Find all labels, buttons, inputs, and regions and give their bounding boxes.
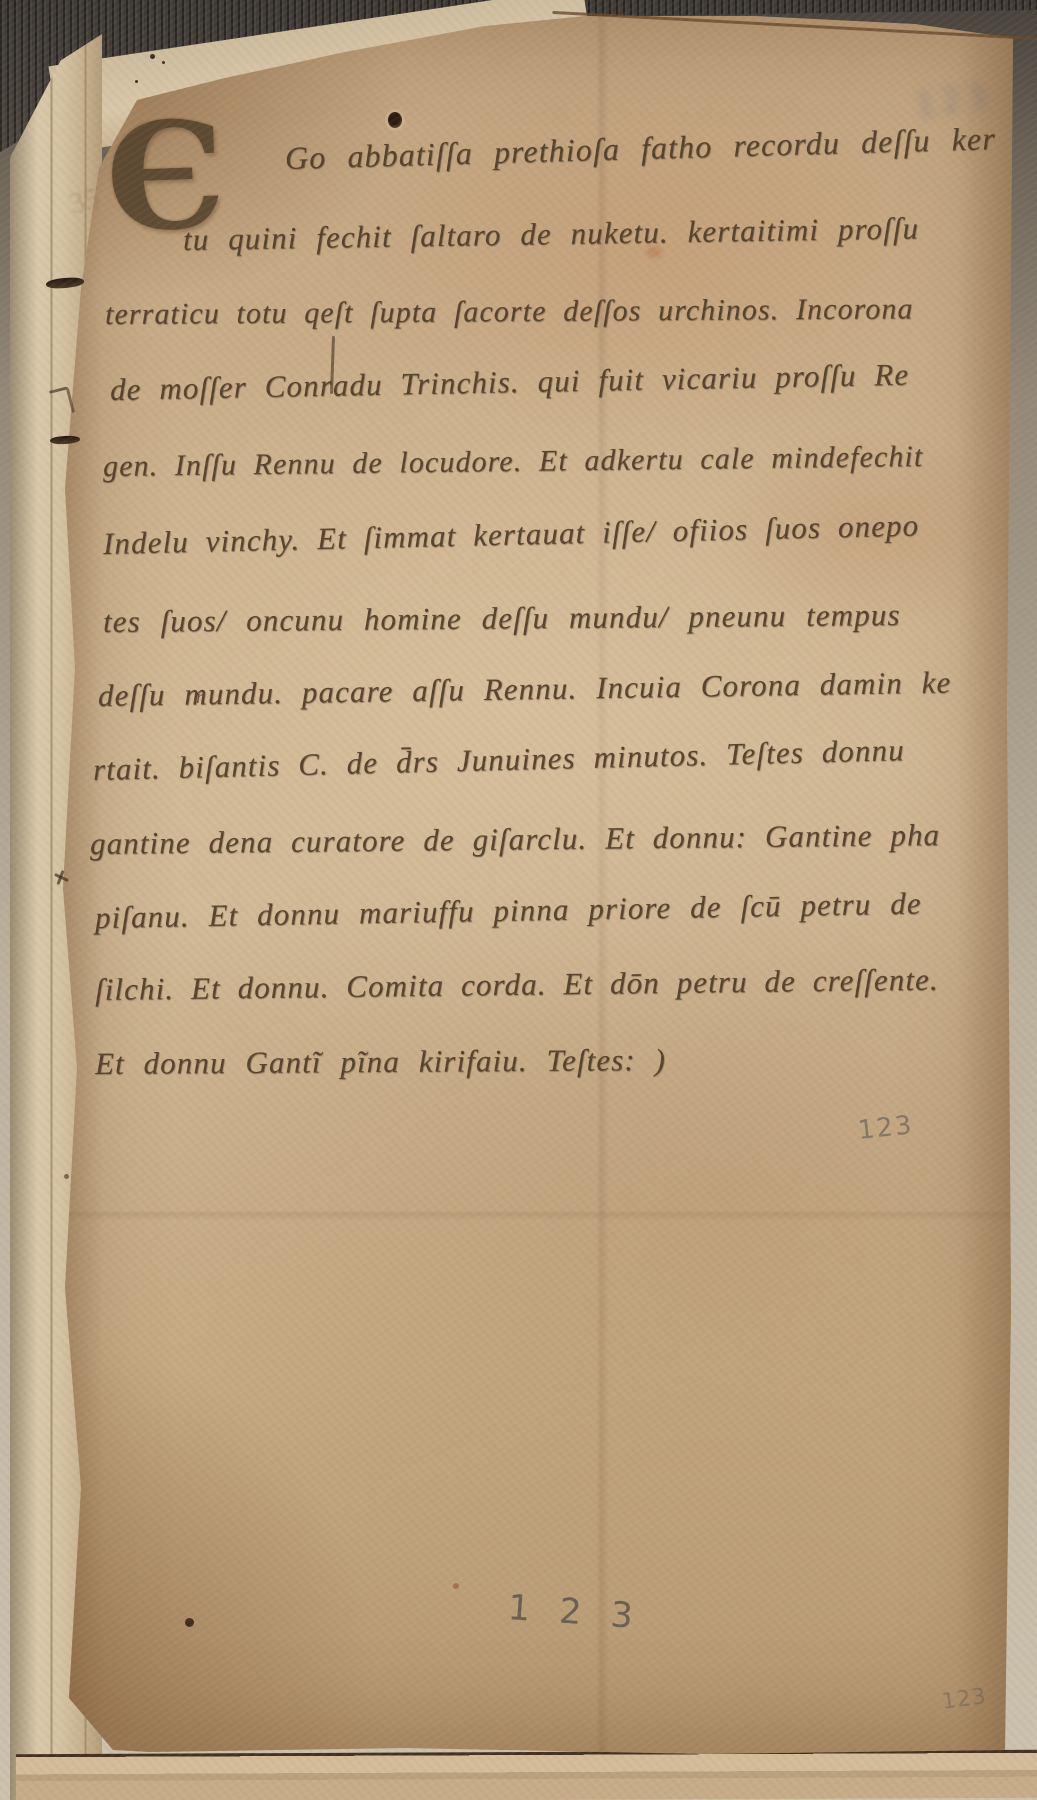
rust-speck (453, 1583, 459, 1589)
manuscript-line: Et donnu Gantĩ pĩna kirifaiu. Teſtes: ) (95, 1044, 666, 1079)
next-leaf-edge-bottom (16, 1750, 1037, 1800)
ink-speck (150, 54, 155, 59)
manuscript-line: terraticu totu qeſt ſupta ſacorte deſſos… (105, 294, 914, 330)
ink-spot (185, 1618, 194, 1627)
ink-speck (162, 61, 165, 64)
stray-ink-mark: r. (196, 688, 206, 707)
stain-spot (646, 246, 662, 258)
parchment-page (55, 8, 1015, 1758)
manuscript-photograph: Є Go abbatiſſa prethioſa fatho recordu d… (0, 0, 1037, 1800)
manuscript-line: gantine dena curatore de giſarclu. Et do… (90, 819, 940, 859)
pencil-folio-number-mid: 123 (856, 1110, 914, 1146)
ink-speck (135, 80, 138, 83)
manuscript-line: tes ſuos/ oncunu homine deſſu mundu/ pne… (103, 599, 901, 637)
wormhole (388, 112, 402, 128)
margin-dot (64, 1174, 69, 1179)
